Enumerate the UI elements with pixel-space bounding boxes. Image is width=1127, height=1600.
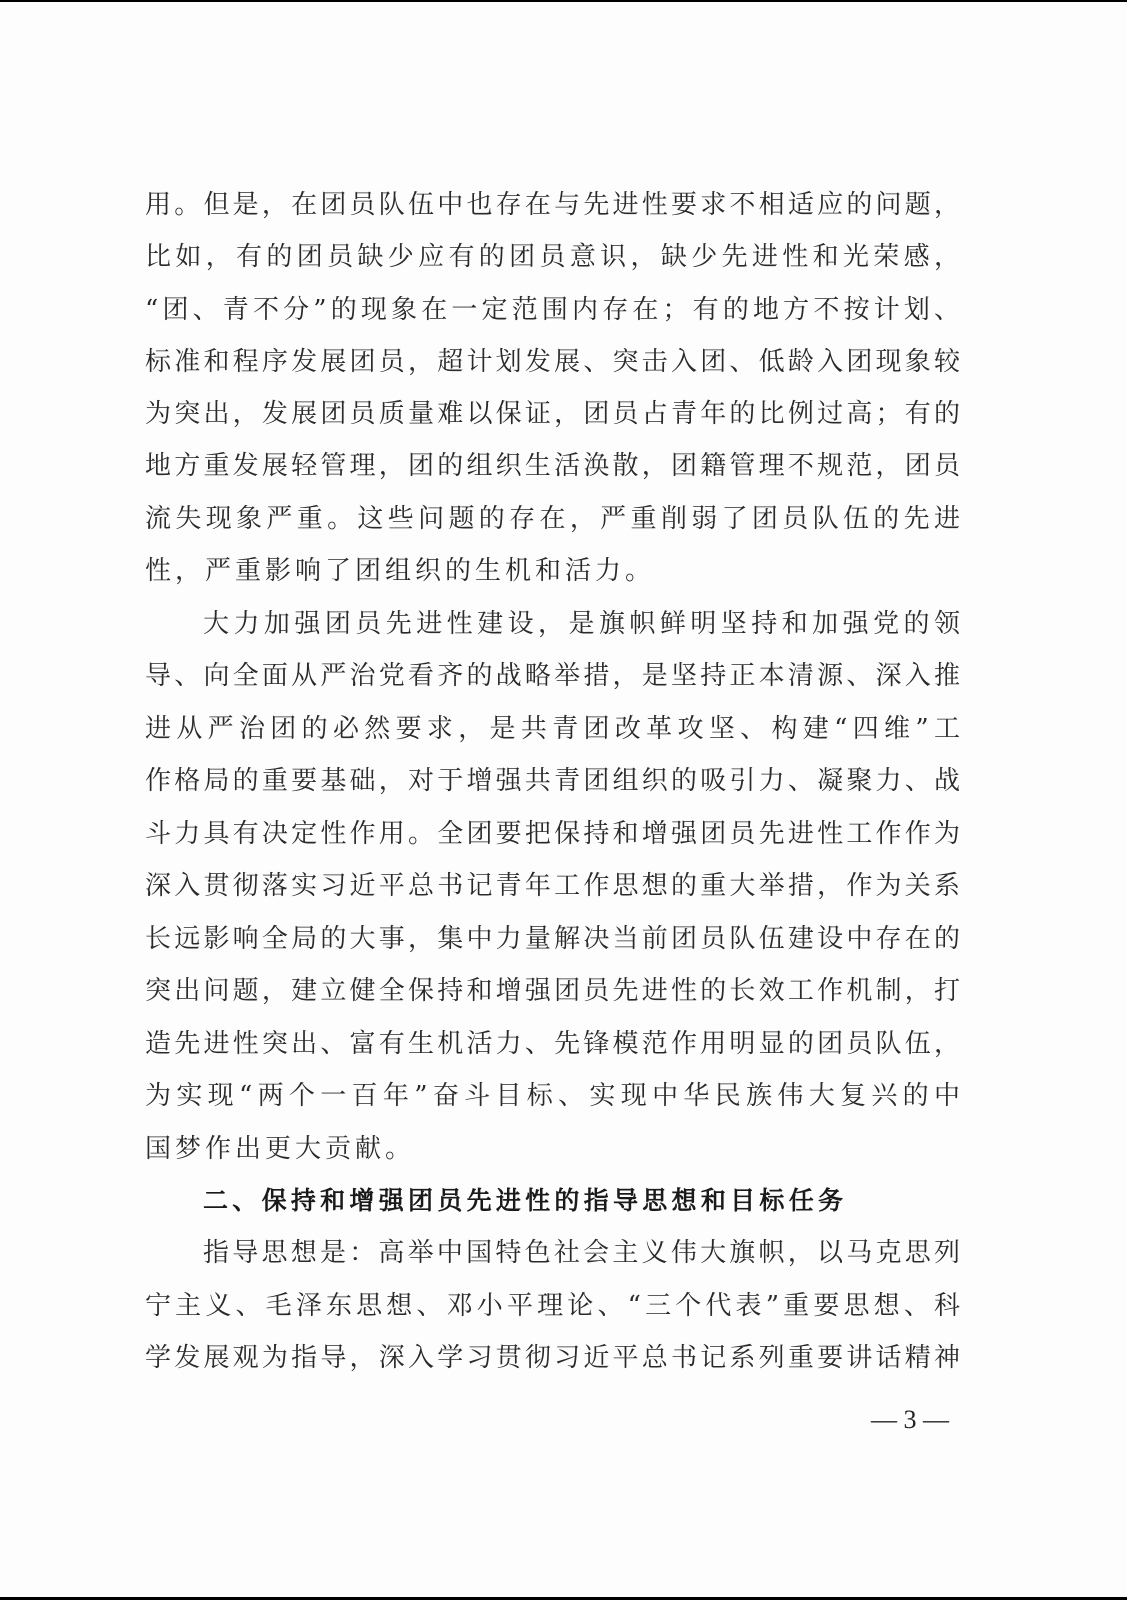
paragraph-line: 地方重发展轻管理，团的组织生活涣散，团籍管理不规范，团员 [145, 448, 960, 484]
page-number: — 3 — [860, 1403, 960, 1437]
paragraph-line: 标准和程序发展团员，超计划发展、突击入团、低龄入团现象较 [145, 344, 960, 380]
paragraph-line: 造先进性突出、富有生机活力、先锋模范作用明显的团员队伍， [145, 1026, 960, 1062]
paragraph-first-line: 指导思想是：高举中国特色社会主义伟大旗帜，以马克思列 [203, 1235, 960, 1271]
paragraph-line: 为突出，发展团员质量难以保证，团员占青年的比例过高；有的 [145, 396, 960, 432]
document-page: 用。但是，在团员队伍中也存在与先进性要求不相适应的问题， 比如，有的团员缺少应有… [0, 0, 1127, 1600]
paragraph-line: 为实现“两个一百年”奋斗目标、实现中华民族伟大复兴的中 [145, 1078, 960, 1114]
paragraph-line: 作格局的重要基础，对于增强共青团组织的吸引力、凝聚力、战 [145, 763, 960, 799]
paragraph-line: 用。但是，在团员队伍中也存在与先进性要求不相适应的问题， [145, 187, 960, 223]
paragraph-line: 宁主义、毛泽东思想、邓小平理论、“三个代表”重要思想、科 [145, 1288, 960, 1324]
section-heading: 二、保持和增强团员先进性的指导思想和目标任务 [203, 1183, 843, 1219]
paragraph-line: 性，严重影响了团组织的生机和活力。 [145, 553, 960, 589]
paragraph-line: “团、青不分”的现象在一定范围内存在；有的地方不按计划、 [145, 292, 960, 328]
paragraph-line: 进从严治团的必然要求，是共青团改革攻坚、构建“四维”工 [145, 711, 960, 747]
paragraph-line: 流失现象严重。这些问题的存在，严重削弱了团员队伍的先进 [145, 501, 960, 537]
paragraph-line: 比如，有的团员缺少应有的团员意识，缺少先进性和光荣感， [145, 239, 960, 275]
paragraph-line: 国梦作出更大贡献。 [145, 1131, 960, 1167]
paragraph-first-line: 大力加强团员先进性建设，是旗帜鲜明坚持和加强党的领 [203, 606, 960, 642]
paragraph-line: 学发展观为指导，深入学习贯彻习近平总书记系列重要讲话精神 [145, 1340, 960, 1376]
paragraph-line: 长远影响全局的大事，集中力量解决当前团员队伍建设中存在的 [145, 921, 960, 957]
paragraph-line: 斗力具有决定性作用。全团要把保持和增强团员先进性工作作为 [145, 816, 960, 852]
paragraph-line: 深入贯彻落实习近平总书记青年工作思想的重大举措，作为关系 [145, 868, 960, 904]
paragraph-line: 导、向全面从严治党看齐的战略举措，是坚持正本清源、深入推 [145, 658, 960, 694]
paragraph-line: 突出问题，建立健全保持和增强团员先进性的长效工作机制，打 [145, 973, 960, 1009]
